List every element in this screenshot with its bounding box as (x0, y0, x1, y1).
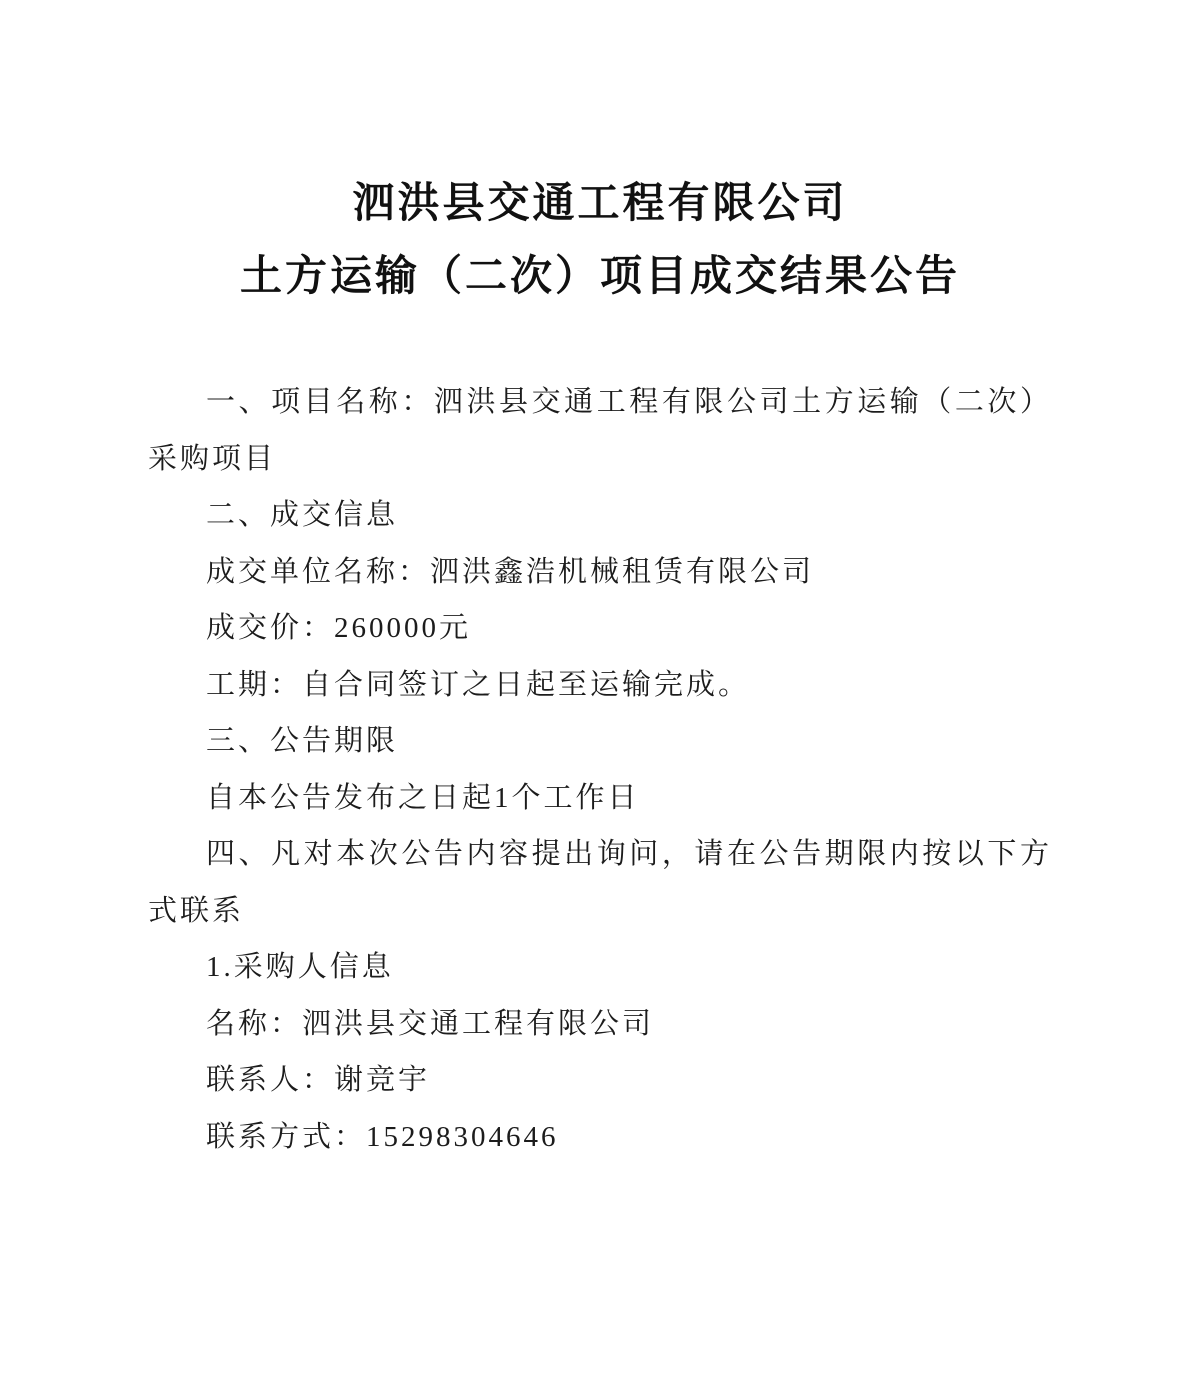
paragraph-winner-name: 成交单位名称：泗洪鑫浩机械租赁有限公司 (148, 544, 1052, 601)
paragraph-purchaser-info-heading: 1.采购人信息 (148, 939, 1052, 996)
paragraph-purchaser-name: 名称：泗洪县交通工程有限公司 (148, 996, 1052, 1053)
paragraph-contact-person: 联系人：谢竞宇 (148, 1052, 1052, 1109)
document-content: 一、项目名称：泗洪县交通工程有限公司土方运输（二次）采购项目 二、成交信息 成交… (148, 374, 1052, 1165)
paragraph-announcement-period: 自本公告发布之日起1个工作日 (148, 770, 1052, 827)
document-body: 泗洪县交通工程有限公司 土方运输（二次）项目成交结果公告 一、项目名称：泗洪县交… (0, 0, 1200, 1165)
paragraph-section-4-inquiry: 四、凡对本次公告内容提出询问，请在公告期限内按以下方式联系 (148, 826, 1052, 939)
paragraph-section-3-heading: 三、公告期限 (148, 713, 1052, 770)
announcement-page: 泗洪县交通工程有限公司 土方运输（二次）项目成交结果公告 一、项目名称：泗洪县交… (0, 0, 1200, 1383)
title-line-1: 泗洪县交通工程有限公司 (148, 168, 1052, 241)
paragraph-project-name: 一、项目名称：泗洪县交通工程有限公司土方运输（二次）采购项目 (148, 374, 1052, 487)
paragraph-work-period: 工期：自合同签订之日起至运输完成。 (148, 657, 1052, 714)
document-title: 泗洪县交通工程有限公司 土方运输（二次）项目成交结果公告 (148, 168, 1052, 314)
title-line-2: 土方运输（二次）项目成交结果公告 (148, 241, 1052, 314)
paragraph-section-2-heading: 二、成交信息 (148, 487, 1052, 544)
paragraph-contact-phone: 联系方式：15298304646 (148, 1109, 1052, 1166)
paragraph-winning-price: 成交价：260000元 (148, 600, 1052, 657)
